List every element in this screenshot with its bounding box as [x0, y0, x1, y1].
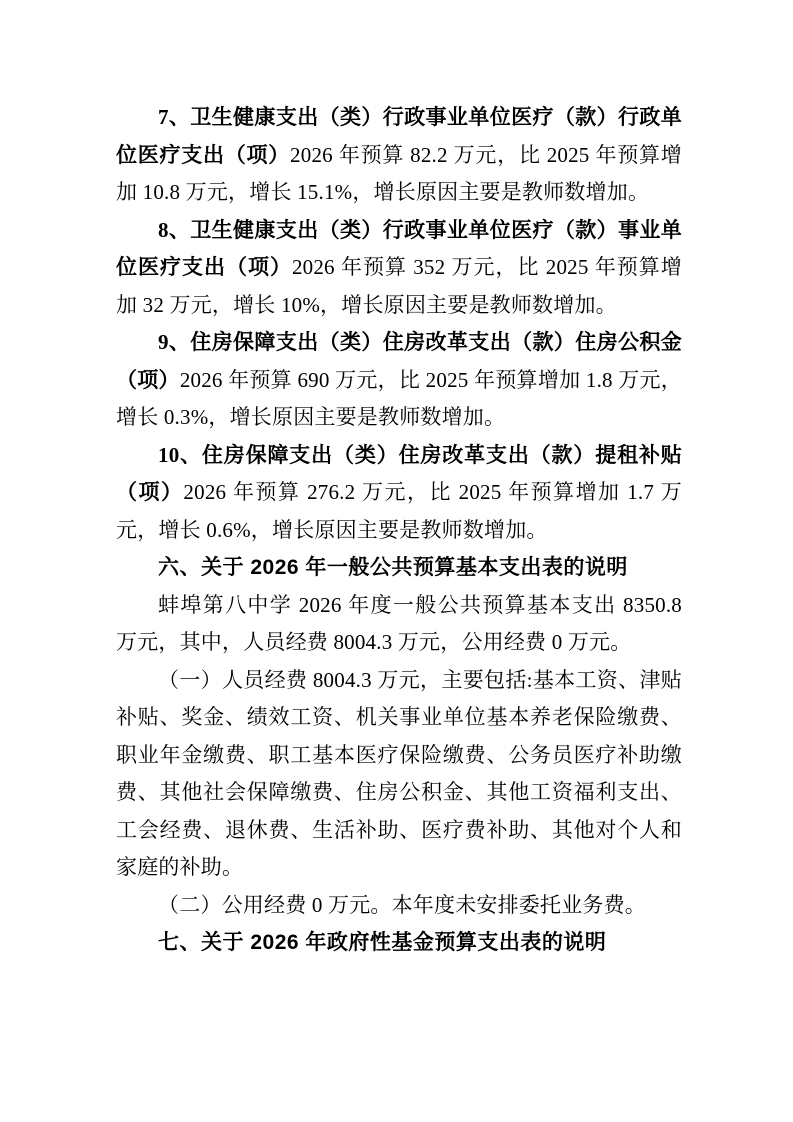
basic-expenditure-intro: 蚌埠第八中学 2026 年度一般公共预算基本支出 8350.8 万元，其中，人员…	[116, 587, 682, 662]
budget-item-10-text: 2026 年预算 276.2 万元，比 2025 年预算增加 1.7 万元，增长…	[116, 480, 682, 542]
personnel-expense-paragraph: （一）人员经费 8004.3 万元，主要包括:基本工资、津贴补贴、奖金、绩效工资…	[116, 662, 682, 887]
budget-item-9-text: 2026 年预算 690 万元，比 2025 年预算增加 1.8 万元，增长 0…	[116, 368, 682, 430]
public-expense-paragraph: （二）公用经费 0 万元。本年度未安排委托业务费。	[116, 887, 682, 925]
budget-item-10: 10、住房保障支出（类）住房改革支出（款）提租补贴（项）2026 年预算 276…	[116, 437, 682, 550]
section-7-heading: 七、关于 2026 年政府性基金预算支出表的说明	[116, 924, 682, 962]
section-6-heading: 六、关于 2026 年一般公共预算基本支出表的说明	[116, 549, 682, 587]
budget-document-body: 7、卫生健康支出（类）行政事业单位医疗（款）行政单位医疗支出（项）2026 年预…	[116, 99, 682, 962]
document-page-background: { "page": { "background_color": "#ffffff…	[0, 0, 793, 1122]
budget-item-8: 8、卫生健康支出（类）行政事业单位医疗（款）事业单位医疗支出（项）2026 年预…	[116, 212, 682, 325]
budget-item-7: 7、卫生健康支出（类）行政事业单位医疗（款）行政单位医疗支出（项）2026 年预…	[116, 99, 682, 212]
budget-item-9: 9、住房保障支出（类）住房改革支出（款）住房公积金（项）2026 年预算 690…	[116, 324, 682, 437]
